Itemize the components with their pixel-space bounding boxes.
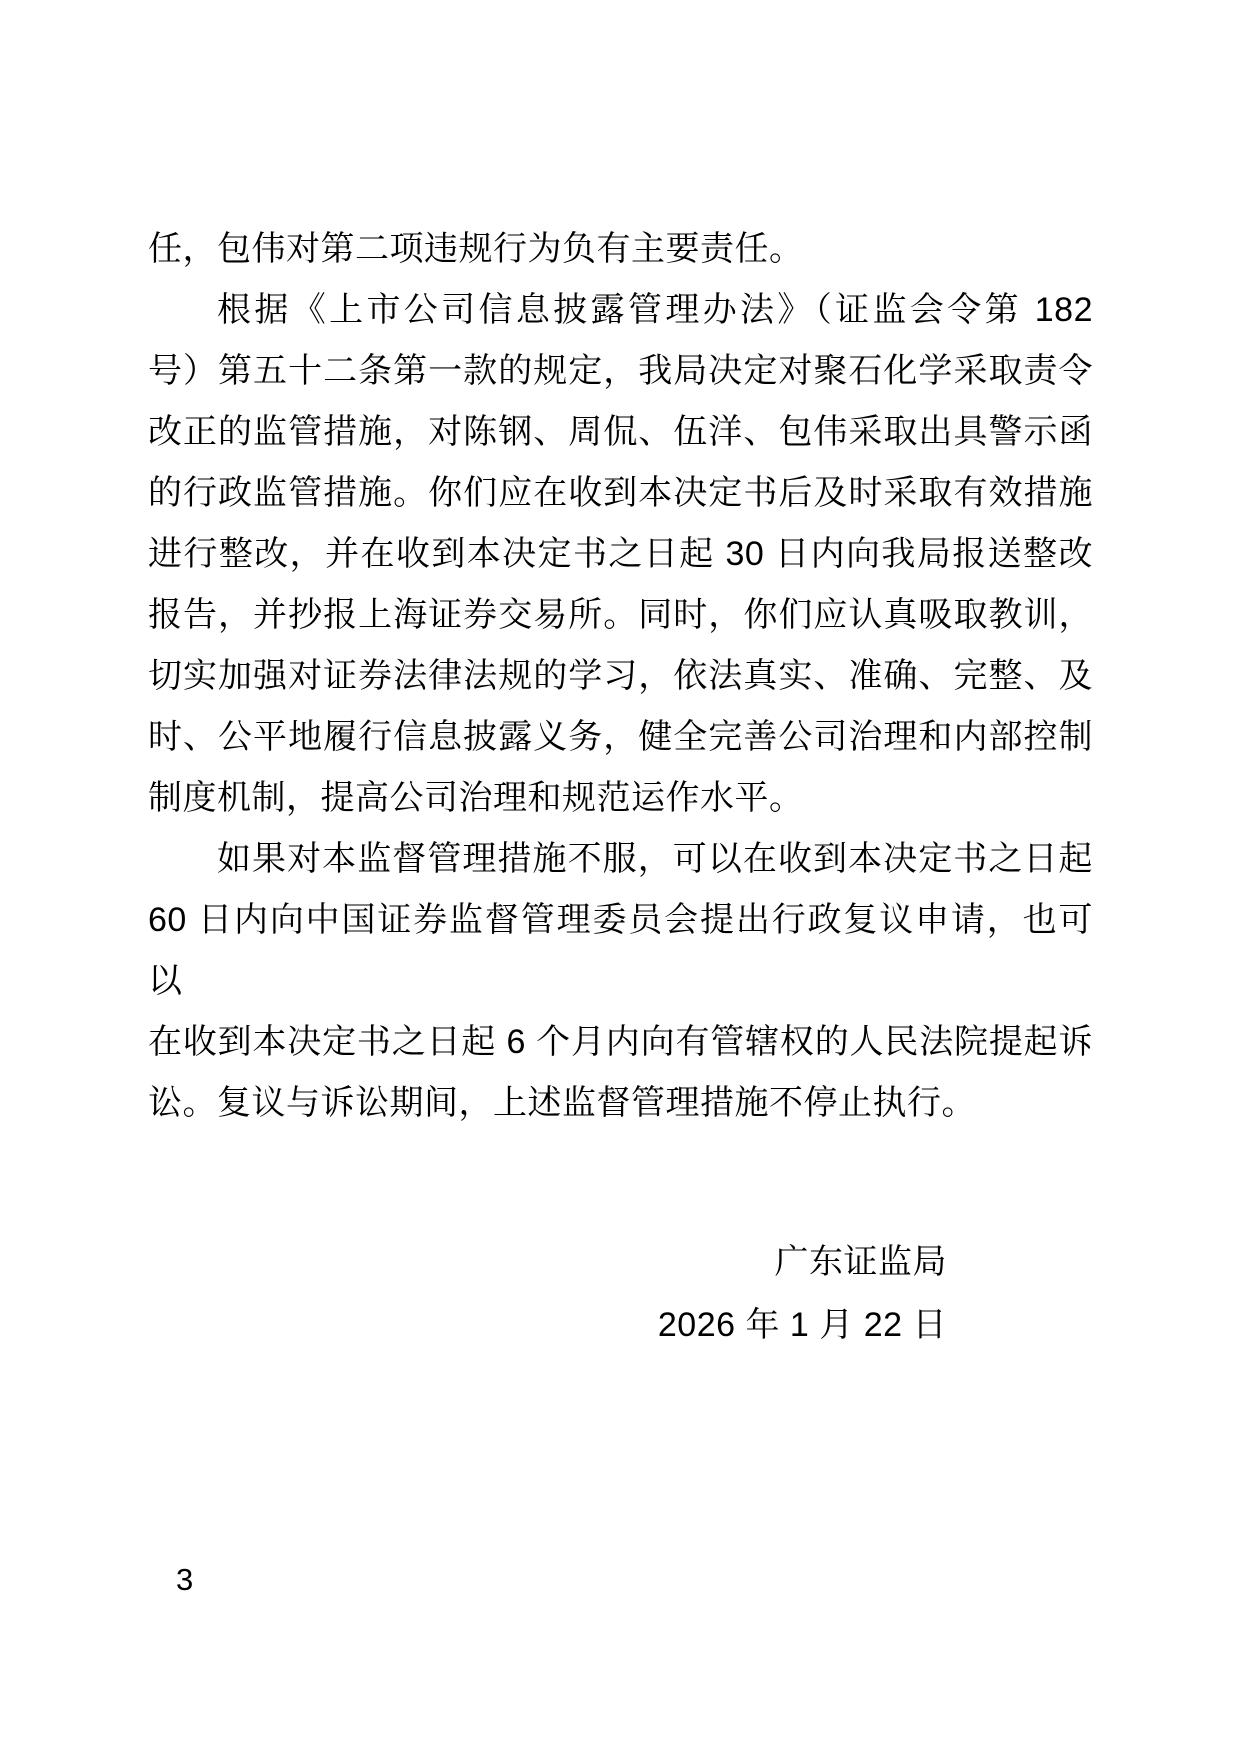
signature-date: 2026 年 1 月 22 日 bbox=[658, 1294, 947, 1357]
body-line: 60 日内向中国证券监督管理委员会提出行政复议申请，也可以 bbox=[148, 890, 1093, 1012]
page-number: 3 bbox=[176, 1560, 193, 1600]
body-line: 号）第五十二条第一款的规定，我局决定对聚石化学采取责令 bbox=[148, 341, 1093, 402]
signature-org: 广东证监局 bbox=[658, 1231, 947, 1294]
body-line: 如果对本监督管理措施不服，可以在收到本决定书之日起 bbox=[148, 829, 1093, 890]
body-line: 的行政监管措施。你们应在收到本决定书后及时采取有效措施 bbox=[148, 463, 1093, 524]
body-line: 任，包伟对第二项违规行为负有主要责任。 bbox=[148, 219, 1093, 280]
body-line: 根据《上市公司信息披露管理办法》（证监会令第 182 bbox=[148, 280, 1093, 341]
document-body: 任，包伟对第二项违规行为负有主要责任。 根据《上市公司信息披露管理办法》（证监会… bbox=[148, 219, 1093, 1134]
body-line: 改正的监管措施，对陈钢、周侃、伍洋、包伟采取出具警示函 bbox=[148, 402, 1093, 463]
body-line: 时、公平地履行信息披露义务，健全完善公司治理和内部控制 bbox=[148, 707, 1093, 768]
body-line: 报告，并抄报上海证券交易所。同时，你们应认真吸取教训， bbox=[148, 585, 1093, 646]
body-line: 制度机制，提高公司治理和规范运作水平。 bbox=[148, 768, 1093, 829]
body-line: 进行整改，并在收到本决定书之日起 30 日内向我局报送整改 bbox=[148, 524, 1093, 585]
body-line: 切实加强对证券法律法规的学习，依法真实、准确、完整、及 bbox=[148, 646, 1093, 707]
body-line: 讼。复议与诉讼期间，上述监督管理措施不停止执行。 bbox=[148, 1073, 1093, 1134]
document-page: 任，包伟对第二项违规行为负有主要责任。 根据《上市公司信息披露管理办法》（证监会… bbox=[0, 0, 1241, 1754]
signature-block: 广东证监局 2026 年 1 月 22 日 bbox=[658, 1231, 947, 1357]
body-line: 在收到本决定书之日起 6 个月内向有管辖权的人民法院提起诉 bbox=[148, 1012, 1093, 1073]
